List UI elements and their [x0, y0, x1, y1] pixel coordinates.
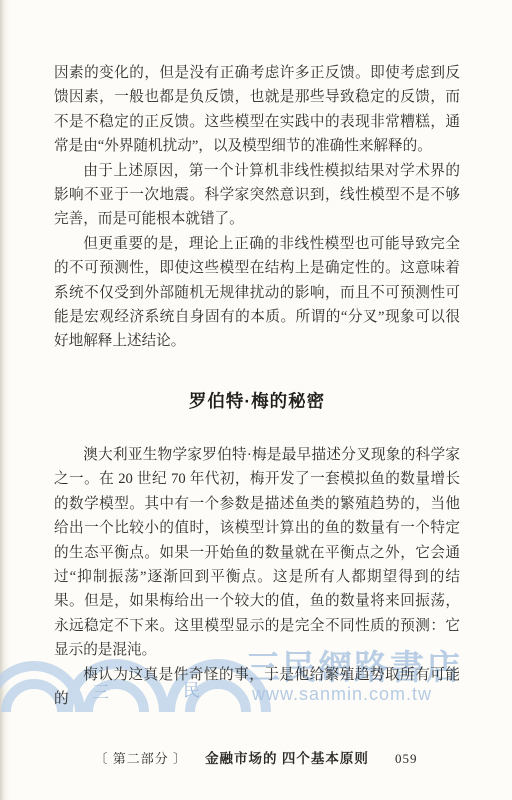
page-footer: 〔 第二部分 〕 金融市场的 四个基本原则 059 [0, 747, 512, 767]
paragraph-4: 澳大利亚生物学家罗伯特·梅是最早描述分叉现象的科学家之一。在 20 世纪 70 … [54, 443, 460, 663]
book-page: 三 民 三民網路書店 www.sanmin.com.tw 因素的变化的，但是没有… [0, 0, 512, 800]
paragraph-1: 因素的变化的，但是没有正确考虑许多正反馈。即使考虑到反馈因素，一般也都是负反馈，… [54, 61, 460, 159]
text-block: 因素的变化的，但是没有正确考虑许多正反馈。即使考虑到反馈因素，一般也都是负反馈，… [54, 61, 460, 711]
paragraph-2: 由于上述原因，第一个计算机非线性模拟结果对学术界的影响不亚于一次地震。科学家突然… [54, 159, 460, 232]
section-heading: 罗伯特·梅的秘密 [54, 388, 460, 414]
paragraph-3: 但更重要的是，理论上正确的非线性模型也可能导致完全的不可预测性，即使这些模型在结… [54, 232, 460, 354]
footer-section-label: 〔 第二部分 〕 [95, 748, 188, 767]
footer-page-number: 059 [395, 751, 418, 767]
footer-book-title: 金融市场的 四个基本原则 [205, 747, 369, 767]
paragraph-5: 梅认为这真是件奇怪的事，于是他给繁殖趋势取所有可能的 [54, 663, 460, 712]
